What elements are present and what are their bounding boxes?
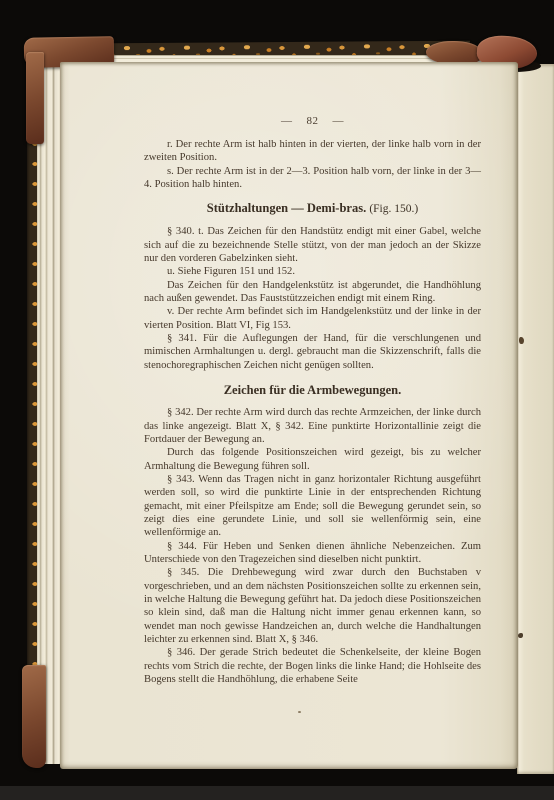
leather-corner-top-left-side <box>26 52 44 144</box>
paragraph-s: s. Der rechte Arm ist in der 2—3. Positi… <box>144 165 481 192</box>
paragraph-u: u. Siehe Figuren 151 und 152. <box>144 265 481 278</box>
paragraph-durch: Durch das folgende Positionszeichen wird… <box>144 446 481 473</box>
leather-corner-bottom-left <box>22 665 46 768</box>
heading-antiqua-part: Demi-bras. <box>307 201 366 215</box>
photographed-book-scene: —82— r. Der rechte Arm ist halb hinten i… <box>0 0 554 800</box>
heading-figure-reference: (Fig. 150.) <box>369 203 418 215</box>
heading-dash: — <box>291 201 304 215</box>
page-header: —82— <box>144 114 481 128</box>
page-header-dash-right: — <box>333 115 345 127</box>
paragraph-handgelenk: Das Zeichen für den Handgelenkstütz ist … <box>144 279 481 306</box>
paragraph-345: § 345. Die Drehbewegung wird zwar durch … <box>144 566 481 646</box>
book-page-82: —82— r. Der rechte Arm ist halb hinten i… <box>60 62 518 769</box>
paragraph-344: § 344. Für Heben und Senken dienen ähnli… <box>144 540 481 567</box>
paragraph-340: § 340. t. Das Zeichen für den Handstütz … <box>144 225 481 265</box>
paragraph-346: § 346. Der gerade Strich bedeutet die Sc… <box>144 646 481 686</box>
paragraph-341: § 341. Für die Auflegungen der Hand, für… <box>144 332 481 372</box>
paragraph-342: § 342. Der rechte Arm wird durch das rec… <box>144 406 481 446</box>
facing-page-gutter-edge <box>517 64 554 774</box>
heading-fraktur-part: Stützhaltungen <box>207 201 288 215</box>
page-header-dash-left: — <box>281 115 293 127</box>
gutter-edge-notch <box>518 633 523 638</box>
page-speck <box>298 711 301 713</box>
page-text-block: —82— r. Der rechte Arm ist halb hinten i… <box>144 114 481 686</box>
paragraph-343: § 343. Wenn das Tragen nicht in ganz hor… <box>144 473 481 540</box>
page-number: 82 <box>307 115 319 127</box>
section-heading-armbewegungen: Zeichen für die Armbewegungen. <box>144 383 481 398</box>
paragraph-v: v. Der rechte Arm befindet sich im Handg… <box>144 305 481 332</box>
section-heading-stuetzhaltungen: Stützhaltungen — Demi-bras. (Fig. 150.) <box>144 201 481 217</box>
gutter-edge-notch <box>519 337 524 344</box>
table-surface-strip <box>0 786 554 800</box>
paragraph-r: r. Der rechte Arm ist halb hinten in der… <box>144 138 481 165</box>
